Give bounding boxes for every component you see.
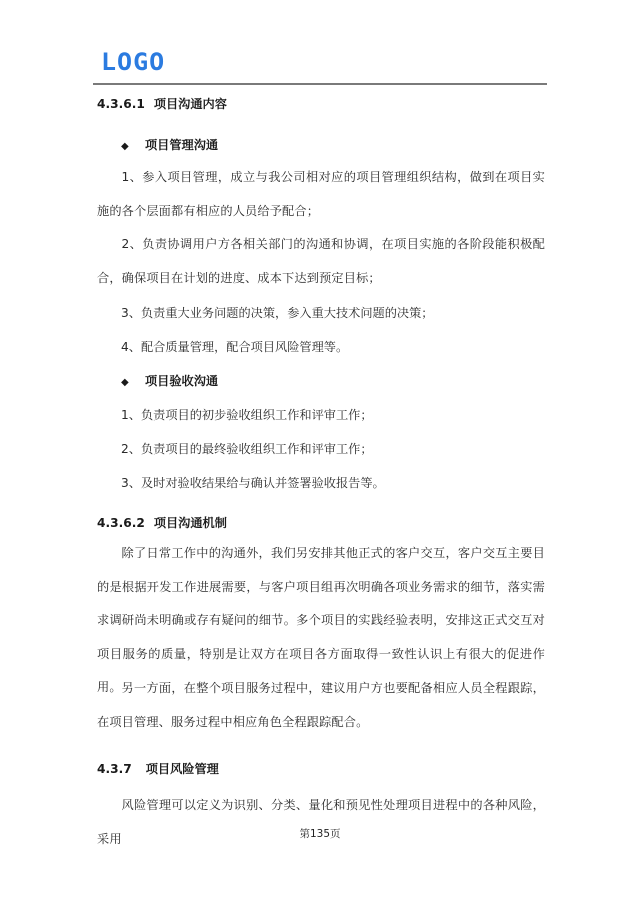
header-divider xyxy=(93,83,547,85)
list-item: 1、负责项目的初步验收组织工作和评审工作； xyxy=(121,406,373,423)
list-item: 1、参入项目管理，成立与我公司相对应的项目管理组织结构，做到在项目实施的各个层面… xyxy=(97,161,545,228)
list-item: 4、配合质量管理，配合项目风险管理等。 xyxy=(121,338,348,355)
paragraph: 另一方面，在整个项目服务过程中，建议用户方也要配备相应人员全程跟踪，在项目管理、… xyxy=(97,672,545,739)
section-number: 4.3.6.1 xyxy=(97,97,145,111)
section-heading-4361: 4.3.6.1项目沟通内容 xyxy=(97,95,227,112)
section-number: 4.3.7 xyxy=(97,762,132,776)
page-number: 第135页 xyxy=(0,826,640,841)
subheading-label: 项目管理沟通 xyxy=(145,138,218,152)
company-logo: LOGO xyxy=(101,51,181,75)
list-item: 3、负责重大业务问题的决策，参入重大技术问题的决策； xyxy=(121,304,433,321)
section-heading-4362: 4.3.6.2项目沟通机制 xyxy=(97,514,227,531)
subheading-acceptance-communication: ◆项目验收沟通 xyxy=(121,372,218,389)
section-title: 项目沟通内容 xyxy=(154,97,227,111)
list-item: 3、及时对验收结果给与确认并签署验收报告等。 xyxy=(121,474,385,491)
subheading-management-communication: ◆项目管理沟通 xyxy=(121,136,218,153)
section-heading-437: 4.3.7项目风险管理 xyxy=(97,760,219,777)
paragraph: 风险管理可以定义为识别、分类、量化和预见性处理项目进程中的各种风险，采用 xyxy=(97,789,545,856)
list-item: 2、负责项目的最终验收组织工作和评审工作； xyxy=(121,440,373,457)
list-item: 2、负责协调用户方各相关部门的沟通和协调，在项目实施的各阶段能积极配合，确保项目… xyxy=(97,228,545,295)
diamond-bullet-icon: ◆ xyxy=(121,141,137,152)
diamond-bullet-icon: ◆ xyxy=(121,377,137,388)
subheading-label: 项目验收沟通 xyxy=(145,374,218,388)
logo-text: LOGO xyxy=(101,51,165,74)
section-title: 项目沟通机制 xyxy=(154,516,227,530)
section-title: 项目风险管理 xyxy=(146,762,219,776)
section-number: 4.3.6.2 xyxy=(97,516,145,530)
